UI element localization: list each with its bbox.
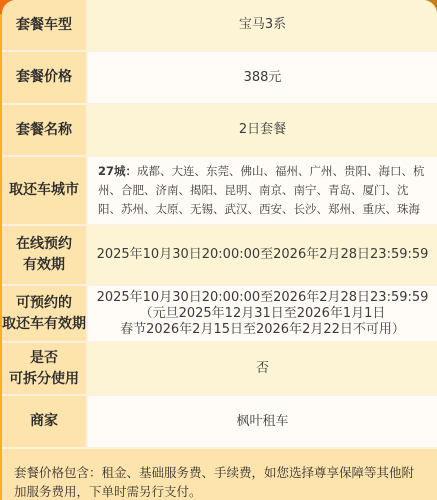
splittable-value: 否 <box>88 343 437 394</box>
package-name-label: 套餐名称 <box>2 105 88 155</box>
row-pickup-return-validity: 可预约的取还车有效期 2025年10月30日20:00:00至2026年2月28… <box>2 286 437 343</box>
pickup-cities-value: 27城：成都、大连、东莞、佛山、福州、广州、贵阳、海口、杭州、合肥、济南、揭阳、… <box>88 157 437 224</box>
merchant-value: 枫叶租车 <box>88 396 437 447</box>
car-model-value: 宝马3系 <box>88 0 437 50</box>
price-includes-note: 套餐价格包含：租金、基础服务费、手续费，如您选择尊享保障等其他附加服务费用，下单… <box>2 449 437 500</box>
online-booking-validity-value: 2025年10月30日20:00:00至2026年2月28日23:59:59 <box>88 226 437 284</box>
row-package-name: 套餐名称 2日套餐 <box>2 105 437 157</box>
row-pickup-cities: 取还车城市 27城：成都、大连、东莞、佛山、福州、广州、贵阳、海口、杭州、合肥、… <box>2 157 437 226</box>
package-price-value: 388元 <box>88 52 437 103</box>
package-name-value: 2日套餐 <box>88 105 437 155</box>
splittable-label: 是否可拆分使用 <box>2 343 88 394</box>
package-details-table: 套餐车型 宝马3系 套餐价格 388元 套餐名称 2日套餐 取还车城市 27城：… <box>2 0 437 500</box>
package-price-label: 套餐价格 <box>2 52 88 103</box>
row-splittable: 是否可拆分使用 否 <box>2 343 437 396</box>
merchant-label: 商家 <box>2 396 88 447</box>
row-merchant: 商家 枫叶租车 <box>2 396 437 449</box>
city-list: 成都、大连、东莞、佛山、福州、广州、贵阳、海口、杭州、合肥、济南、揭阳、昆明、南… <box>98 164 425 216</box>
city-count: 27城： <box>98 164 137 178</box>
row-online-booking-validity: 在线预约有效期 2025年10月30日20:00:00至2026年2月28日23… <box>2 226 437 286</box>
pickup-return-validity-label: 可预约的取还车有效期 <box>2 286 88 341</box>
pickup-return-validity-value: 2025年10月30日20:00:00至2026年2月28日23:59:59（元… <box>88 286 437 341</box>
car-model-label: 套餐车型 <box>2 0 88 50</box>
row-car-model: 套餐车型 宝马3系 <box>2 0 437 52</box>
row-package-price: 套餐价格 388元 <box>2 52 437 105</box>
online-booking-validity-label: 在线预约有效期 <box>2 226 88 284</box>
pickup-cities-label: 取还车城市 <box>2 157 88 224</box>
